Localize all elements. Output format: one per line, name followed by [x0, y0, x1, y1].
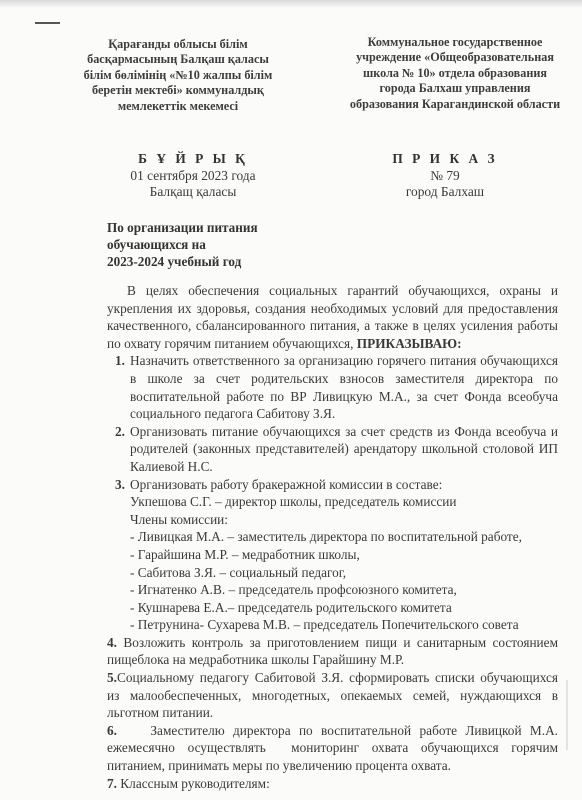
header-line: Коммунальное государственное [335, 35, 575, 50]
header-line: білім бөлімінің «№10 жалпы білім [78, 68, 278, 83]
order-title-kazakh: Б Ұ Й Р Ы Қ [128, 151, 258, 168]
header-line: мемлекеттік мекемесі [78, 99, 278, 114]
order-item-4: 4. Возложить контроль за приготовлением … [107, 634, 558, 669]
commission-member: - Петрунина- Сухарева М.В. – председател… [107, 616, 558, 634]
header-line: учреждение «Общеобразовательная [335, 50, 575, 65]
commission-member: - Игнатенко А.В. – председатель профсоюз… [107, 581, 558, 599]
commission-member: - Ливицкая М.А. – заместитель директора … [107, 528, 558, 546]
order-item-6: 6. Заместителю директора по воспитательн… [107, 722, 558, 775]
order-title-russian: П Р И К А З [390, 151, 500, 168]
order-body: В целях обеспечения социальных гарантий … [107, 282, 558, 792]
order-item-1: 1. Назначить ответственного за организац… [107, 352, 558, 422]
item-number: 7. [107, 776, 117, 791]
commission-member: - Гарайшина М.Р. – медработник школы, [107, 546, 558, 564]
russian-organization-header: Коммунальное государственное учреждение … [335, 35, 575, 112]
item-text: Заместителю директора по воспитательной … [107, 723, 561, 773]
item-number: 2. [115, 423, 125, 441]
order-block-russian: П Р И К А З № 79 город Балхаш [390, 151, 500, 201]
item-text: Организовать работу бракеражной комиссии… [130, 476, 558, 494]
order-item-5: 5.Социальному педагогу Сабитовой З.Я. сф… [107, 669, 558, 722]
order-city-kazakh: Балқащ қаласы [128, 184, 258, 201]
commission-member: - Кушнарева Е.А.– председатель родительс… [107, 599, 558, 617]
order-city-russian: город Балхаш [390, 184, 500, 201]
commission-chair: Укпешова С.Г. – директор школы, председа… [130, 493, 558, 511]
item-text: Классным руководителям: [117, 776, 270, 791]
header-line: басқармасының Балқаш қаласы [78, 52, 278, 67]
header-line: города Балхаш управления [335, 81, 575, 96]
subject-line: По организации питания [107, 220, 258, 237]
header-line: беретін мектебі» коммуналдық [78, 83, 278, 98]
item-number: 6. [107, 723, 117, 738]
header-line: Қарағанды облысы білім [78, 37, 278, 52]
order-number: № 79 [390, 168, 500, 185]
order-item-7: 7. Классным руководителям: [107, 775, 558, 793]
order-item-3: 3. Организовать работу бракеражной комис… [107, 476, 558, 529]
scan-edge-mark [566, 680, 568, 750]
item-number: 4. [107, 635, 117, 650]
item-number: 1. [115, 352, 125, 370]
preamble-paragraph: В целях обеспечения социальных гарантий … [107, 282, 558, 352]
subject-line: обучающихся на [107, 237, 258, 254]
item-text: Назначить ответственного за организацию … [130, 353, 558, 421]
item-number: 5. [107, 670, 117, 685]
item-text: Организовать питание обучающихся за счет… [130, 424, 558, 474]
scan-top-shadow [0, 0, 582, 8]
preamble-emphasis: ПРИКАЗЫВАЮ: [357, 336, 462, 351]
kazakh-organization-header: Қарағанды облысы білім басқармасының Бал… [78, 37, 278, 114]
corner-mark [35, 22, 60, 24]
item-text: Возложить контроль за приготовлением пищ… [107, 635, 558, 668]
item-number: 3. [115, 476, 125, 494]
header-line: школа № 10» отдела образования [335, 66, 575, 81]
order-block-kazakh: Б Ұ Й Р Ы Қ 01 сентября 2023 года Балқащ… [128, 151, 258, 201]
commission-members-label: Члены комиссии: [130, 511, 558, 529]
order-subject: По организации питания обучающихся на 20… [107, 220, 258, 270]
commission-member: - Сабитова З.Я. – социальный педагог, [107, 564, 558, 582]
header-line: образования Карагандинской области [335, 97, 575, 112]
preamble-text: В целях обеспечения социальных гарантий … [107, 283, 558, 351]
item-text: Социальному педагогу Сабитовой З.Я. сфор… [107, 670, 558, 720]
subject-line: 2023-2024 учебный год [107, 254, 258, 271]
order-item-2: 2. Организовать питание обучающихся за с… [107, 423, 558, 476]
order-date: 01 сентября 2023 года [128, 168, 258, 185]
